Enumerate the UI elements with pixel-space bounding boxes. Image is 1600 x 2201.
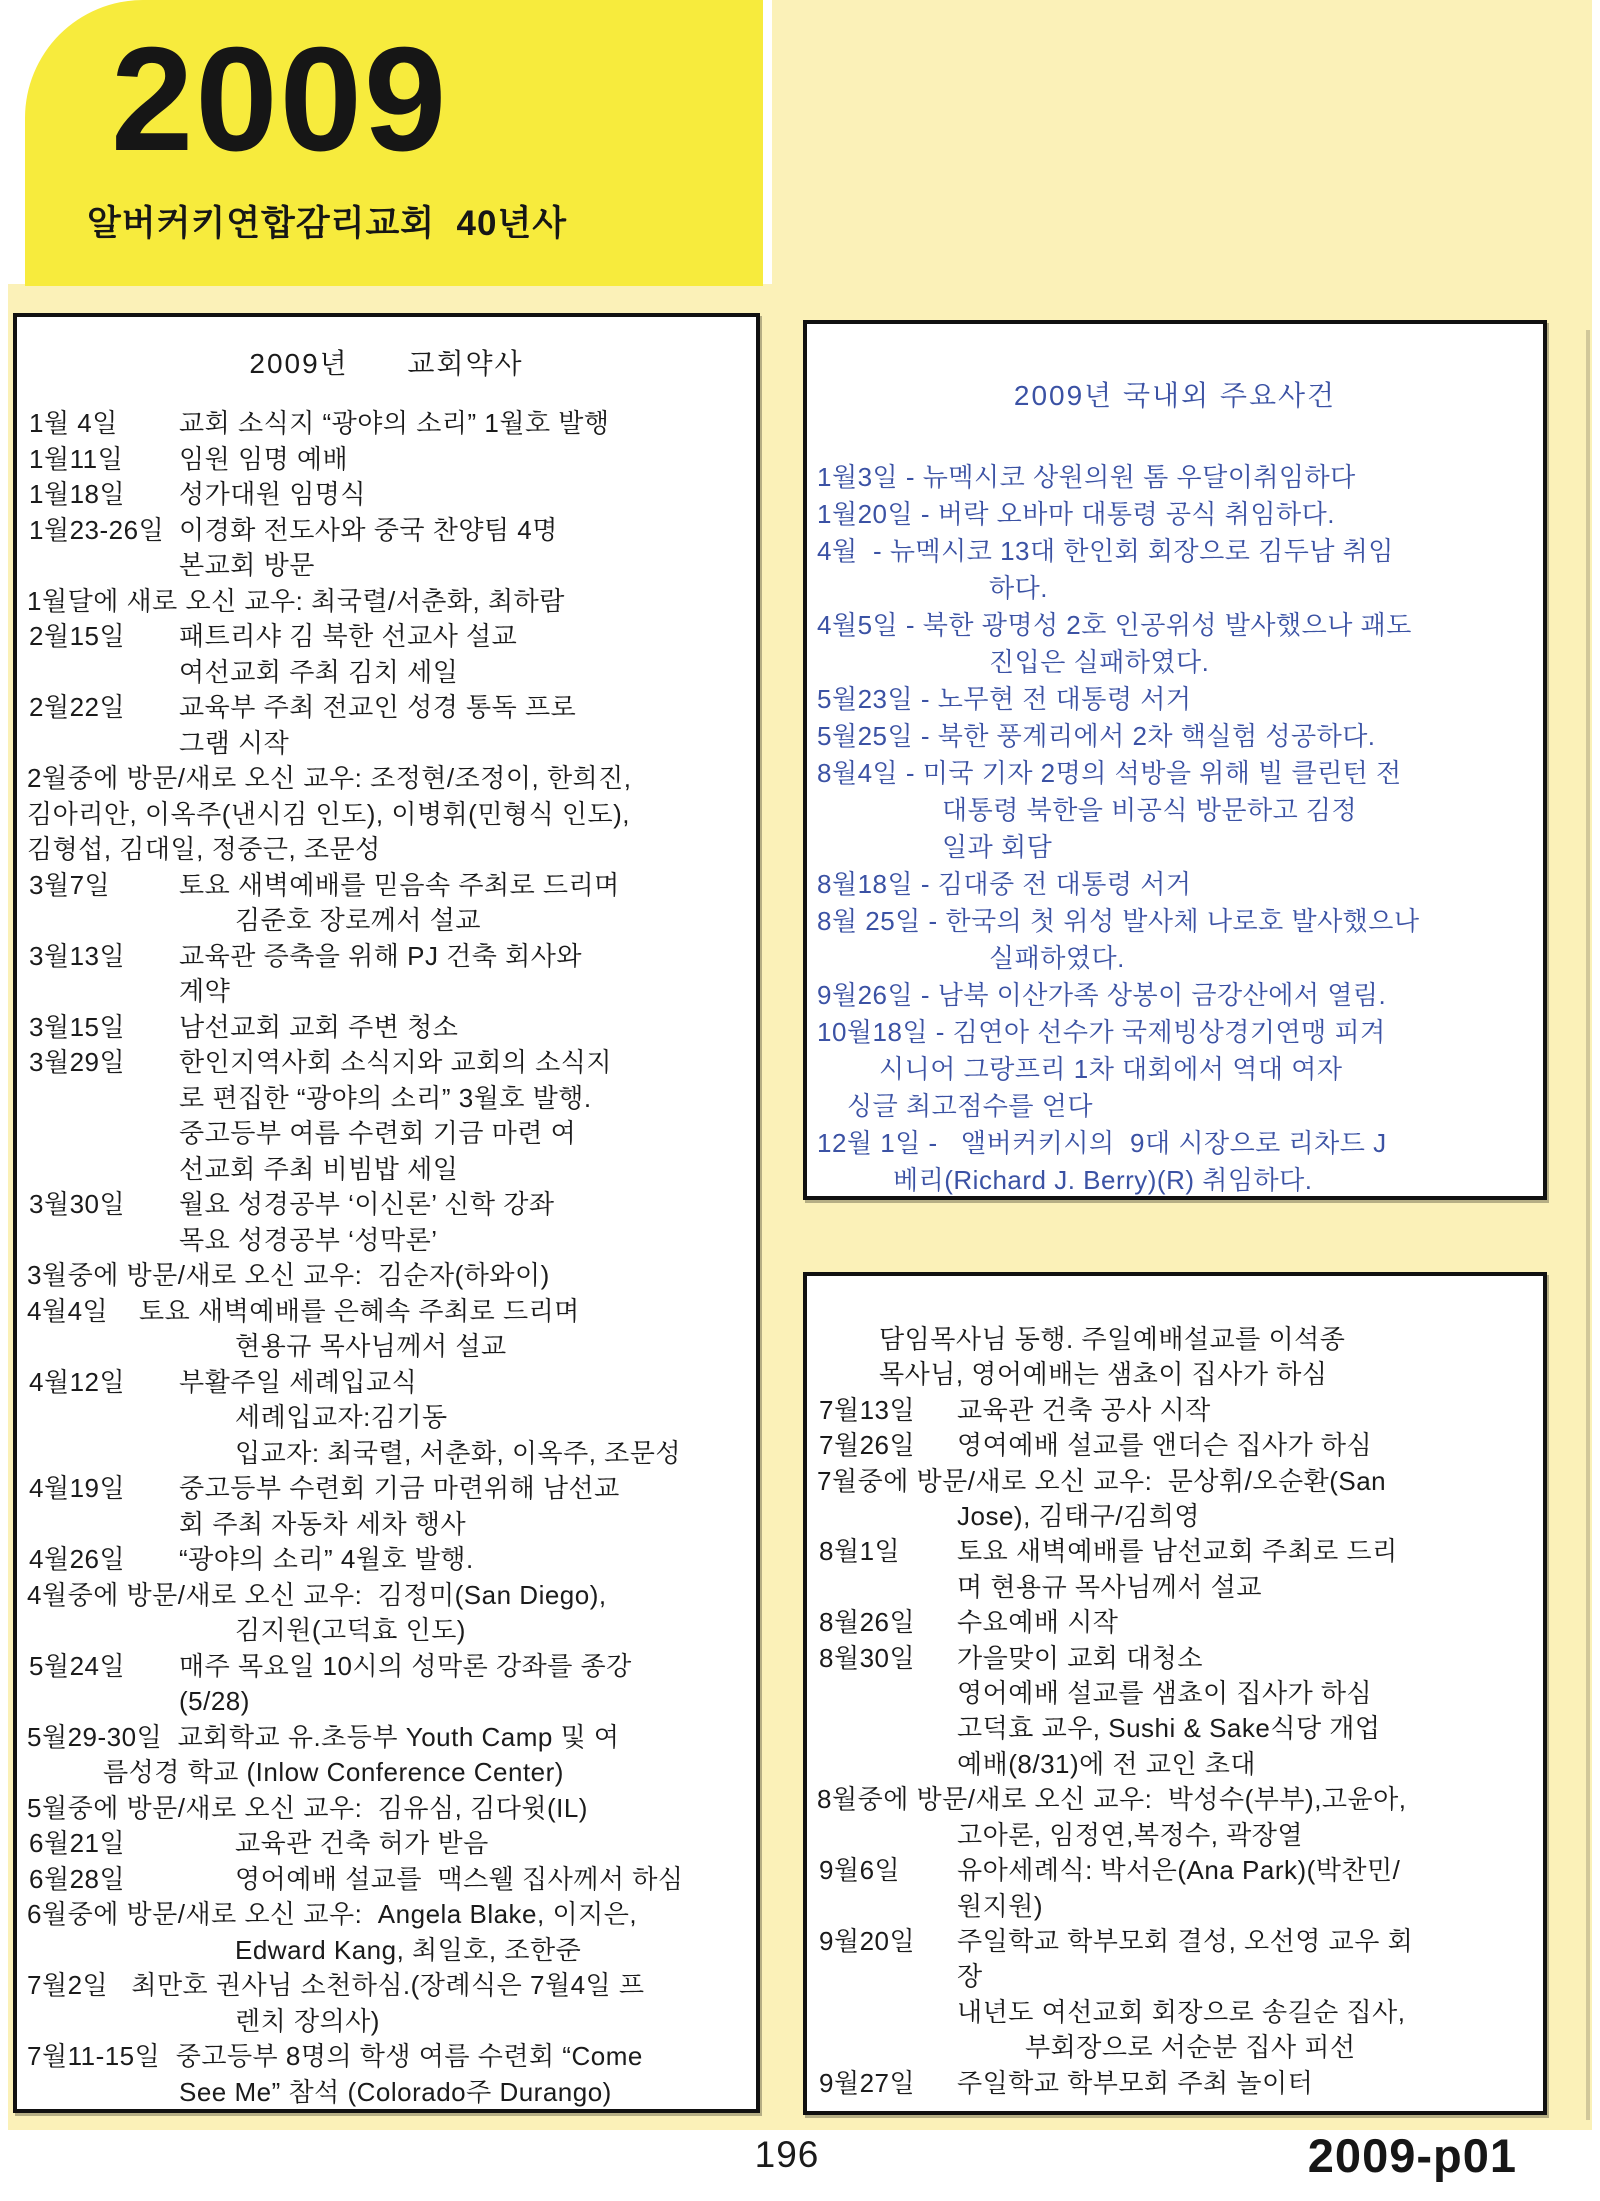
line-text: 주일학교 학부모회 결성, 오선영 교우 회	[957, 1926, 1413, 1956]
event-line: 하다.	[807, 570, 1543, 607]
history-line: 7월13일교육관 건축 공사 시작	[807, 1393, 1543, 1428]
line-text: Jose), 김태구/김희영	[957, 1501, 1200, 1531]
history-line: 7월26일영여예배 설교를 앤더슨 집사가 하심	[807, 1428, 1543, 1463]
history-line: 목사님, 영어예배는 샘쵸이 집사가 하심	[807, 1357, 1543, 1392]
church-anniversary-subtitle: 알버커키연합감리교회 40년사	[87, 196, 567, 246]
history-line: 8월1일토요 새벽예배를 남선교회 주최로 드리	[807, 1534, 1543, 1569]
line-text: 토요 새벽예배를 남선교회 주최로 드리	[957, 1536, 1398, 1566]
line-text: 유아세례식: 박서은(Ana Park)(박찬민/	[957, 1855, 1400, 1885]
line-text: 임원 임명 예배	[179, 444, 348, 474]
event-line: 8월 25일 - 한국의 첫 위성 발사체 나로호 발사했으나	[807, 903, 1543, 940]
line-text: 주일학교 학부모회 주최 놀이터	[957, 2068, 1313, 2098]
world-events-lines: 1월3일 - 뉴멕시코 상원의원 톰 우달이취임하다 1월20일 - 버락 오바…	[807, 459, 1543, 1199]
line-text: 8월18일 - 김대중 전 대통령 서거	[817, 869, 1191, 899]
line-text: 그램 시작	[179, 728, 289, 758]
line-text: 중고등부 수련회 기금 마련위해 남선교	[179, 1473, 620, 1503]
history-line: 3월30일월요 성경공부 ‘이신론’ 신학 강좌	[17, 1187, 756, 1223]
event-line: 5월25일 - 북한 풍계리에서 2차 핵실험 성공하다.	[807, 718, 1543, 755]
history-line: 김아리안, 이옥주(낸시김 인도), 이병휘(민형식 인도),	[17, 797, 756, 833]
date-label: 1월 4일	[29, 406, 118, 442]
line-text: 1월달에 새로 오신 교우: 최국렬/서춘화, 최하람	[27, 586, 565, 616]
line-text: 4월4일 토요 새벽예배를 은혜속 주최로 드리며	[27, 1296, 580, 1326]
history-line: 로 편집한 “광야의 소리” 3월호 발행.	[17, 1081, 756, 1117]
line-text: 며 현용규 목사님께서 설교	[957, 1572, 1262, 1602]
history-line: 현용규 목사님께서 설교	[17, 1329, 756, 1365]
date-label: 2월15일	[29, 619, 125, 655]
date-label: 9월20일	[819, 1924, 915, 1959]
date-label: 2월22일	[29, 690, 125, 726]
line-text: 고아론, 임정연,복정수, 곽장열	[957, 1820, 1303, 1850]
line-text: 김형섭, 김대일, 정중근, 조문성	[27, 834, 381, 864]
line-text: 8월중에 방문/새로 오신 교우: 박성수(부부),고윤아,	[817, 1784, 1407, 1814]
scan-edge-artifact	[1586, 330, 1590, 2120]
history-line: 7월중에 방문/새로 오신 교우: 문상휘/오순환(San	[807, 1464, 1543, 1499]
line-text: 담임목사님 동행. 주일예배설교를 이석종	[879, 1324, 1345, 1354]
history-line: 4월26일“광야의 소리” 4월호 발행.	[17, 1542, 756, 1578]
world-events-box: 2009년 국내외 주요사건 1월3일 - 뉴멕시코 상원의원 톰 우달이취임하…	[803, 320, 1547, 1200]
line-text: 교육관 건축 공사 시작	[957, 1395, 1211, 1425]
event-line: 싱글 최고점수를 얻다	[807, 1088, 1543, 1125]
church-history-lines: 1월 4일교회 소식지 “광야의 소리” 1월호 발행 1월11일임원 임명 예…	[17, 406, 756, 2110]
history-line: 3월7일토요 새벽예배를 믿음속 주최로 드리며	[17, 868, 756, 904]
line-text: 름성경 학교 (Inlow Conference Center)	[103, 1757, 564, 1787]
page-label: 2009-p01	[1272, 2128, 1517, 2183]
event-line: 8월4일 - 미국 기자 2명의 석방을 위해 빌 클린턴 전	[807, 755, 1543, 792]
history-line: 1월11일임원 임명 예배	[17, 442, 756, 478]
history-line: 회 주최 자동차 세차 행사	[17, 1507, 756, 1543]
history-line: 8월30일가을맞이 교회 대청소	[807, 1641, 1543, 1676]
line-text: 1월3일 - 뉴멕시코 상원의원 톰 우달이취임하다	[817, 462, 1356, 492]
line-text: See Me” 참석 (Colorado주 Durango)	[179, 2077, 612, 2107]
line-text: 12월 1일 - 앨버커키시의 9대 시장으로 리차드 J	[817, 1128, 1387, 1158]
line-text: 영어예배 설교를 샘쵸이 집사가 하심	[957, 1678, 1372, 1708]
line-text: 영여예배 설교를 앤더슨 집사가 하심	[957, 1430, 1372, 1460]
history-line: 선교회 주최 비빔밥 세일	[17, 1152, 756, 1188]
date-label: 3월15일	[29, 1010, 125, 1046]
line-text: 교육관 증축을 위해 PJ 건축 회사와	[179, 941, 582, 971]
date-label: 8월1일	[819, 1534, 900, 1569]
line-text: 입교자: 최국렬, 서춘화, 이옥주, 조문성	[235, 1438, 681, 1468]
history-line: 원지원)	[807, 1889, 1543, 1924]
history-line: 3월29일한인지역사회 소식지와 교회의 소식지	[17, 1045, 756, 1081]
history-line: 김형섭, 김대일, 정중근, 조문성	[17, 832, 756, 868]
line-text: 한인지역사회 소식지와 교회의 소식지	[179, 1047, 612, 1077]
line-text: 부회장으로 서순분 집사 피선	[1025, 2032, 1356, 2062]
date-label: 9월27일	[819, 2066, 915, 2101]
line-text: Edward Kang, 최일호, 조한준	[235, 1935, 581, 1965]
event-line: 4월5일 - 북한 광명성 2호 인공위성 발사했으나 괘도	[807, 607, 1543, 644]
line-text: 현용규 목사님께서 설교	[235, 1331, 507, 1361]
line-text: 목사님, 영어예배는 샘쵸이 집사가 하심	[879, 1359, 1327, 1389]
line-text: 5월중에 방문/새로 오신 교우: 김유심, 김다윗(IL)	[27, 1793, 588, 1823]
history-line: 본교회 방문	[17, 548, 756, 584]
date-label: 4월12일	[29, 1365, 125, 1401]
year-title: 2009	[111, 40, 448, 160]
history-line: 4월중에 방문/새로 오신 교우: 김정미(San Diego),	[17, 1578, 756, 1614]
line-text: 김아리안, 이옥주(낸시김 인도), 이병휘(민형식 인도),	[27, 799, 630, 829]
history-line: 4월4일 토요 새벽예배를 은혜속 주최로 드리며	[17, 1294, 756, 1330]
page-number: 196	[727, 2134, 847, 2176]
line-text: 진입은 실패하였다.	[989, 647, 1209, 677]
date-label: 3월30일	[29, 1187, 125, 1223]
line-text: “광야의 소리” 4월호 발행.	[179, 1544, 474, 1574]
line-text: 세례입교자:김기동	[235, 1402, 448, 1432]
line-text: 중고등부 여름 수련회 기금 마련 여	[179, 1118, 576, 1148]
line-text: 5월23일 - 노무현 전 대통령 서거	[817, 684, 1191, 714]
line-text: (5/28)	[179, 1686, 250, 1716]
date-label: 6월28일	[29, 1862, 125, 1898]
history-line: 내년도 여선교회 회장으로 송길순 집사,	[807, 1995, 1543, 2030]
line-text: 7월11-15일 중고등부 8명의 학생 여름 수련회 “Come	[27, 2041, 643, 2071]
date-label: 4월26일	[29, 1542, 125, 1578]
line-text: 싱글 최고점수를 얻다	[847, 1091, 1093, 1121]
history-line: 고아론, 임정연,복정수, 곽장열	[807, 1818, 1543, 1853]
event-line: 4월 - 뉴멕시코 13대 한인회 회장으로 김두남 취임	[807, 533, 1543, 570]
history-line: 2월22일교육부 주최 전교인 성경 통독 프로	[17, 690, 756, 726]
history-line: 1월달에 새로 오신 교우: 최국렬/서춘화, 최하람	[17, 584, 756, 620]
history-line: 9월6일유아세례식: 박서은(Ana Park)(박찬민/	[807, 1853, 1543, 1888]
history-line: 6월중에 방문/새로 오신 교우: Angela Blake, 이지은,	[17, 1897, 756, 1933]
line-text: 계약	[179, 976, 230, 1006]
history-line: Jose), 김태구/김희영	[807, 1499, 1543, 1534]
line-text: 5월29-30일 교회학교 유.초등부 Youth Camp 및 여	[27, 1722, 620, 1752]
event-line: 10월18일 - 김연아 선수가 국제빙상경기연맹 피겨	[807, 1014, 1543, 1051]
line-text: 8월 25일 - 한국의 첫 위성 발사체 나로호 발사했으나	[817, 906, 1420, 936]
line-text: 여선교회 주최 김치 세일	[179, 657, 458, 687]
date-label: 8월26일	[819, 1605, 915, 1640]
line-text: 4월중에 방문/새로 오신 교우: 김정미(San Diego),	[27, 1580, 607, 1610]
history-line: 8월26일수요예배 시작	[807, 1605, 1543, 1640]
history-line: 5월29-30일 교회학교 유.초등부 Youth Camp 및 여	[17, 1720, 756, 1756]
history-line: 장	[807, 1959, 1543, 1994]
line-text: 영어예배 설교를 맥스웰 집사께서 하심	[235, 1864, 683, 1894]
event-line: 시니어 그랑프리 1차 대회에서 역대 여자	[807, 1051, 1543, 1088]
line-text: 김준호 장로께서 설교	[235, 905, 481, 935]
history-line: 영어예배 설교를 샘쵸이 집사가 하심	[807, 1676, 1543, 1711]
date-label: 8월30일	[819, 1641, 915, 1676]
line-text: 토요 새벽예배를 믿음속 주최로 드리며	[179, 870, 620, 900]
line-text: 교육부 주최 전교인 성경 통독 프로	[179, 692, 576, 722]
history-line: 김준호 장로께서 설교	[17, 903, 756, 939]
line-text: 본교회 방문	[179, 550, 315, 580]
event-line: 진입은 실패하였다.	[807, 644, 1543, 681]
line-text: 가을맞이 교회 대청소	[957, 1643, 1203, 1673]
history-line: 부회장으로 서순분 집사 피선	[807, 2030, 1543, 2065]
line-text: 내년도 여선교회 회장으로 송길순 집사,	[957, 1997, 1405, 2027]
date-label: 7월26일	[819, 1428, 915, 1463]
history-line: 목요 성경공부 ‘성막론’	[17, 1223, 756, 1259]
church-history-title: 2009년 교회약사	[17, 317, 756, 382]
line-text: 성가대원 임명식	[179, 479, 366, 509]
history-line: (5/28)	[17, 1684, 756, 1720]
event-line: 12월 1일 - 앨버커키시의 9대 시장으로 리차드 J	[807, 1125, 1543, 1162]
line-text: 2월중에 방문/새로 오신 교우: 조정현/조정이, 한희진,	[27, 763, 632, 793]
history-line: 2월15일패트리샤 김 북한 선교사 설교	[17, 619, 756, 655]
line-text: 7월중에 방문/새로 오신 교우: 문상휘/오순환(San	[817, 1466, 1386, 1496]
line-text: 고덕효 교우, Sushi & Sake식당 개업	[957, 1713, 1381, 1743]
date-label: 3월7일	[29, 868, 110, 904]
date-label: 7월13일	[819, 1393, 915, 1428]
line-text: 베리(Richard J. Berry)(R) 취임하다.	[893, 1165, 1312, 1195]
line-text: 예배(8/31)에 전 교인 초대	[957, 1749, 1256, 1779]
year-header-banner: 2009 알버커키연합감리교회 40년사	[25, 0, 763, 286]
history-line: 여선교회 주최 김치 세일	[17, 655, 756, 691]
line-text: 9월26일 - 남북 이산가족 상봉이 금강산에서 열림.	[817, 980, 1386, 1010]
history-line: 7월2일 최만호 권사님 소천하심.(장례식은 7월4일 프	[17, 1968, 756, 2004]
event-line: 베리(Richard J. Berry)(R) 취임하다.	[807, 1162, 1543, 1199]
history-line: 9월27일주일학교 학부모회 주최 놀이터	[807, 2066, 1543, 2101]
event-line: 일과 회담	[807, 829, 1543, 866]
history-line: 6월21일교육관 건축 허가 받음	[17, 1826, 756, 1862]
church-history-box: 2009년 교회약사 1월 4일교회 소식지 “광야의 소리” 1월호 발행 1…	[13, 313, 760, 2113]
history-line: 김지원(고덕효 인도)	[17, 1613, 756, 1649]
line-text: 3월중에 방문/새로 오신 교우: 김순자(하와이)	[27, 1260, 550, 1290]
date-label: 4월19일	[29, 1471, 125, 1507]
history-line: 고덕효 교우, Sushi & Sake식당 개업	[807, 1711, 1543, 1746]
line-text: 로 편집한 “광야의 소리” 3월호 발행.	[179, 1083, 592, 1113]
line-text: 수요예배 시작	[957, 1607, 1118, 1637]
line-text: 실패하였다.	[989, 943, 1125, 973]
line-text: 4월5일 - 북한 광명성 2호 인공위성 발사했으나 괘도	[817, 610, 1412, 640]
history-line: 9월20일주일학교 학부모회 결성, 오선영 교우 회	[807, 1924, 1543, 1959]
event-line: 5월23일 - 노무현 전 대통령 서거	[807, 681, 1543, 718]
history-line: 5월중에 방문/새로 오신 교우: 김유심, 김다윗(IL)	[17, 1791, 756, 1827]
line-text: 교회 소식지 “광야의 소리” 1월호 발행	[179, 408, 610, 438]
history-line: 2월중에 방문/새로 오신 교우: 조정현/조정이, 한희진,	[17, 761, 756, 797]
history-line: 름성경 학교 (Inlow Conference Center)	[17, 1755, 756, 1791]
scanned-page: 2009 알버커키연합감리교회 40년사 2009년 교회약사 1월 4일교회 …	[0, 0, 1600, 2201]
line-text: 장	[957, 1961, 983, 1991]
history-line: 담임목사님 동행. 주일예배설교를 이석종	[807, 1322, 1543, 1357]
line-text: 8월4일 - 미국 기자 2명의 석방을 위해 빌 클린턴 전	[817, 758, 1402, 788]
history-line: 3월13일교육관 증축을 위해 PJ 건축 회사와	[17, 939, 756, 975]
event-line: 1월20일 - 버락 오바마 대통령 공식 취임하다.	[807, 496, 1543, 533]
line-text: 패트리샤 김 북한 선교사 설교	[179, 621, 517, 651]
line-text: 남선교회 교회 주변 청소	[179, 1012, 458, 1042]
line-text: 시니어 그랑프리 1차 대회에서 역대 여자	[879, 1054, 1342, 1084]
event-line: 8월18일 - 김대중 전 대통령 서거	[807, 866, 1543, 903]
line-text: 선교회 주최 비빔밥 세일	[179, 1154, 458, 1184]
church-history-continued-box: 담임목사님 동행. 주일예배설교를 이석종 목사님, 영어예배는 샘쵸이 집사가…	[803, 1272, 1547, 2115]
line-text: 일과 회담	[942, 832, 1052, 862]
history-line: 1월23-26일이경화 전도사와 중국 찬양팀 4명	[17, 513, 756, 549]
line-text: 이경화 전도사와 중국 찬양팀 4명	[179, 515, 558, 545]
line-text: 회 주최 자동차 세차 행사	[179, 1509, 466, 1539]
history-line: 5월24일매주 목요일 10시의 성막론 강좌를 종강	[17, 1649, 756, 1685]
line-text: 매주 목요일 10시의 성막론 강좌를 종강	[179, 1651, 632, 1681]
line-text: 원지원)	[957, 1891, 1043, 1921]
date-label: 3월13일	[29, 939, 125, 975]
history-line: 7월11-15일 중고등부 8명의 학생 여름 수련회 “Come	[17, 2039, 756, 2075]
line-text: 월요 성경공부 ‘이신론’ 신학 강좌	[179, 1189, 555, 1219]
event-line: 1월3일 - 뉴멕시코 상원의원 톰 우달이취임하다	[807, 459, 1543, 496]
date-label: 1월23-26일	[29, 513, 164, 549]
history-line: 1월 4일교회 소식지 “광야의 소리” 1월호 발행	[17, 406, 756, 442]
history-line: 렌치 장의사)	[17, 2004, 756, 2040]
history-line: 3월15일남선교회 교회 주변 청소	[17, 1010, 756, 1046]
history-line: See Me” 참석 (Colorado주 Durango)	[17, 2075, 756, 2111]
church-history-continued-lines: 담임목사님 동행. 주일예배설교를 이석종 목사님, 영어예배는 샘쵸이 집사가…	[807, 1322, 1543, 2101]
line-text: 6월중에 방문/새로 오신 교우: Angela Blake, 이지은,	[27, 1899, 637, 1929]
line-text: 4월 - 뉴멕시코 13대 한인회 회장으로 김두남 취임	[817, 536, 1394, 566]
history-line: 8월중에 방문/새로 오신 교우: 박성수(부부),고윤아,	[807, 1782, 1543, 1817]
history-line: Edward Kang, 최일호, 조한준	[17, 1933, 756, 1969]
line-text: 대통령 북한을 비공식 방문하고 김정	[942, 795, 1357, 825]
world-events-title: 2009년 국내외 주요사건	[807, 324, 1543, 414]
date-label: 5월24일	[29, 1649, 125, 1685]
history-line: 세례입교자:김기동	[17, 1400, 756, 1436]
event-line: 실패하였다.	[807, 940, 1543, 977]
line-text: 하다.	[989, 573, 1048, 603]
history-line: 3월중에 방문/새로 오신 교우: 김순자(하와이)	[17, 1258, 756, 1294]
history-line: 4월19일중고등부 수련회 기금 마련위해 남선교	[17, 1471, 756, 1507]
history-line: 그램 시작	[17, 726, 756, 762]
history-line: 6월28일영어예배 설교를 맥스웰 집사께서 하심	[17, 1862, 756, 1898]
line-text: 목요 성경공부 ‘성막론’	[179, 1225, 438, 1255]
history-line: 계약	[17, 974, 756, 1010]
line-text: 5월25일 - 북한 풍계리에서 2차 핵실험 성공하다.	[817, 721, 1376, 751]
line-text: 부활주일 세례입교식	[179, 1367, 417, 1397]
history-line: 1월18일성가대원 임명식	[17, 477, 756, 513]
line-text: 7월2일 최만호 권사님 소천하심.(장례식은 7월4일 프	[27, 1970, 645, 2000]
date-label: 6월21일	[29, 1826, 125, 1862]
history-line: 예배(8/31)에 전 교인 초대	[807, 1747, 1543, 1782]
background-top-right-tint	[772, 0, 1592, 312]
line-text: 1월20일 - 버락 오바마 대통령 공식 취임하다.	[817, 499, 1335, 529]
line-text: 렌치 장의사)	[235, 2006, 380, 2036]
line-text: 김지원(고덕효 인도)	[235, 1615, 466, 1645]
history-line: 입교자: 최국렬, 서춘화, 이옥주, 조문성	[17, 1436, 756, 1472]
line-text: 교육관 건축 허가 받음	[235, 1828, 489, 1858]
history-line: 4월12일부활주일 세례입교식	[17, 1365, 756, 1401]
date-label: 1월11일	[29, 442, 123, 478]
event-line: 대통령 북한을 비공식 방문하고 김정	[807, 792, 1543, 829]
history-line: 며 현용규 목사님께서 설교	[807, 1570, 1543, 1605]
date-label: 1월18일	[29, 477, 125, 513]
event-line: 9월26일 - 남북 이산가족 상봉이 금강산에서 열림.	[807, 977, 1543, 1014]
date-label: 3월29일	[29, 1045, 125, 1081]
line-text: 10월18일 - 김연아 선수가 국제빙상경기연맹 피겨	[817, 1017, 1386, 1047]
date-label: 9월6일	[819, 1853, 900, 1888]
history-line: 중고등부 여름 수련회 기금 마련 여	[17, 1116, 756, 1152]
